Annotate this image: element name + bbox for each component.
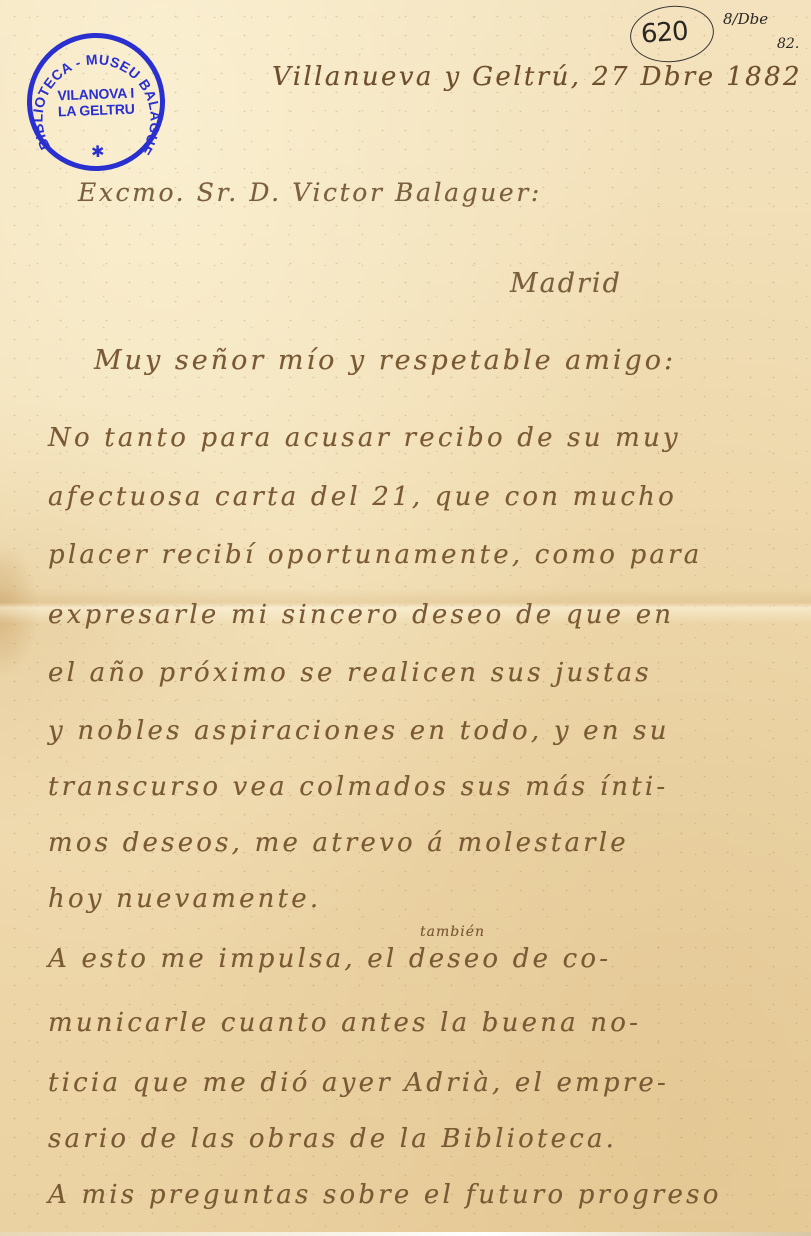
letter-line: A mis preguntas sobre el futuro progreso bbox=[48, 1180, 722, 1210]
letter-line: y nobles aspiraciones en todo, y en su bbox=[48, 716, 670, 746]
library-stamp: BIBLIOTECA - MUSEU BALAGUER VILANOVA I L… bbox=[25, 31, 168, 174]
letter-line: el año próximo se realicen sus justas bbox=[48, 658, 652, 688]
letter-line: afectuosa carta del 21, que con mucho bbox=[48, 482, 677, 512]
letter-line: hoy nuevamente. bbox=[48, 884, 321, 914]
letter-line: municarle cuanto antes la buena no- bbox=[48, 1008, 641, 1038]
addressee-city: Madrid bbox=[510, 268, 622, 299]
letter-line: No tanto para acusar recibo de su muy bbox=[48, 423, 681, 453]
addressee: Excmo. Sr. D. Victor Balaguer: bbox=[78, 178, 542, 207]
letter-line: mos deseos, me atrevo á molestarle bbox=[48, 828, 629, 858]
place-and-date: Villanueva y Geltrú, 27 Dbre 1882 bbox=[272, 62, 802, 92]
letter-line: sario de las obras de la Biblioteca. bbox=[48, 1124, 617, 1154]
stamp-center-text: VILANOVA I LA GELTRU bbox=[31, 84, 160, 120]
page-bottom-edge bbox=[0, 1232, 811, 1236]
interlinear-insertion: también bbox=[420, 924, 485, 940]
archive-year-note: 82. bbox=[777, 36, 799, 52]
greeting: Muy señor mío y respetable amigo: bbox=[94, 345, 676, 376]
letter-line: transcurso vea colmados sus más ínti- bbox=[48, 772, 668, 802]
letter-line: ticia que me dió ayer Adrià, el empre- bbox=[48, 1068, 669, 1098]
archive-number: 620 bbox=[640, 16, 689, 49]
letter-line: expresarle mi sincero deseo de que en bbox=[48, 600, 674, 630]
letter-line: placer recibí oportunamente, como para bbox=[48, 540, 702, 570]
letter-line: A esto me impulsa, el deseo de co- bbox=[48, 944, 611, 974]
archive-mark: 620 8/Dbe 82. bbox=[625, 4, 811, 64]
archive-date-note: 8/Dbe bbox=[723, 10, 768, 28]
